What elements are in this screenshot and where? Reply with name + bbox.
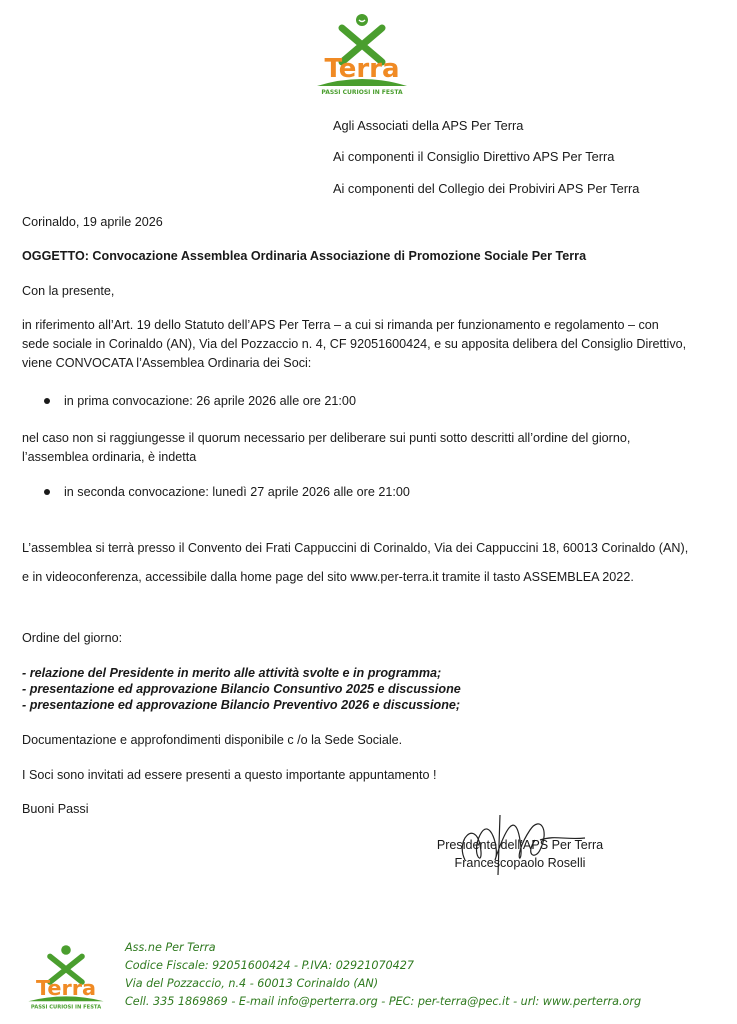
signature-block: Presidente dell’APS Per Terra Francescop…: [420, 836, 620, 872]
svg-text:PASSI CURIOSI IN FESTA: PASSI CURIOSI IN FESTA: [31, 1004, 101, 1010]
second-call-item: in seconda convocazione: lunedì 27 april…: [44, 485, 410, 499]
subject-line: OGGETTO: Convocazione Assemblea Ordinari…: [22, 249, 586, 263]
logo-head-icon: [356, 14, 368, 26]
footer-org-name: Ass.ne Per Terra: [125, 939, 641, 957]
closing-line: Buoni Passi: [22, 802, 89, 816]
agenda-item: - relazione del Presidente in merito all…: [22, 665, 441, 681]
invitation-line: I Soci sono invitati ad essere presenti …: [22, 768, 436, 782]
bullet-icon: [44, 398, 50, 404]
video-line: e in videoconferenza, accessibile dalla …: [22, 570, 634, 584]
footer-contacts: Cell. 335 1869869 - E-mail info@perterra…: [125, 993, 641, 1011]
paragraph-line: in riferimento all’Art. 19 dello Statuto…: [22, 318, 659, 332]
recipient-line: Ai componenti il Consiglio Direttivo APS…: [333, 149, 614, 164]
venue-line: L’assemblea si terrà presso il Convento …: [22, 541, 688, 555]
logo-tagline: PASSI CURIOSI IN FESTA: [321, 89, 403, 96]
per-terra-logo: Terra PASSI CURIOSI IN FESTA: [312, 8, 412, 98]
quorum-line: l’assemblea ordinaria, è indetta: [22, 450, 196, 464]
recipient-line: Agli Associati della APS Per Terra: [333, 118, 523, 133]
quorum-line: nel caso non si raggiungesse il quorum n…: [22, 431, 630, 445]
agenda-item: - presentazione ed approvazione Bilancio…: [22, 681, 461, 697]
signature-role: Presidente dell’APS Per Terra: [420, 836, 620, 854]
recipient-line: Ai componenti del Collegio dei Probiviri…: [333, 181, 639, 196]
paragraph-line: sede sociale in Corinaldo (AN), Via del …: [22, 337, 686, 351]
footer-address: Via del Pozzaccio, n.4 - 60013 Corinaldo…: [125, 975, 641, 993]
signature-name: Francescopaolo Roselli: [420, 854, 620, 872]
paragraph-line: viene CONVOCATA l’Assemblea Ordinaria de…: [22, 356, 311, 370]
first-call-text: in prima convocazione: 26 aprile 2026 al…: [64, 394, 356, 408]
svg-text:Terra: Terra: [36, 976, 96, 1000]
footer-contact-block: Ass.ne Per Terra Codice Fiscale: 9205160…: [125, 939, 641, 1011]
footer-fiscal: Codice Fiscale: 92051600424 - P.IVA: 029…: [125, 957, 641, 975]
agenda-title: Ordine del giorno:: [22, 631, 122, 645]
documentation-line: Documentazione e approfondimenti disponi…: [22, 733, 402, 747]
second-call-text: in seconda convocazione: lunedì 27 april…: [64, 485, 410, 499]
opening-line: Con la presente,: [22, 284, 114, 298]
bullet-icon: [44, 489, 50, 495]
footer-logo: Terra PASSI CURIOSI IN FESTA: [26, 942, 106, 1010]
agenda-item: - presentazione ed approvazione Bilancio…: [22, 697, 460, 713]
place-date: Corinaldo, 19 aprile 2026: [22, 215, 163, 229]
first-call-item: in prima convocazione: 26 aprile 2026 al…: [44, 394, 356, 408]
